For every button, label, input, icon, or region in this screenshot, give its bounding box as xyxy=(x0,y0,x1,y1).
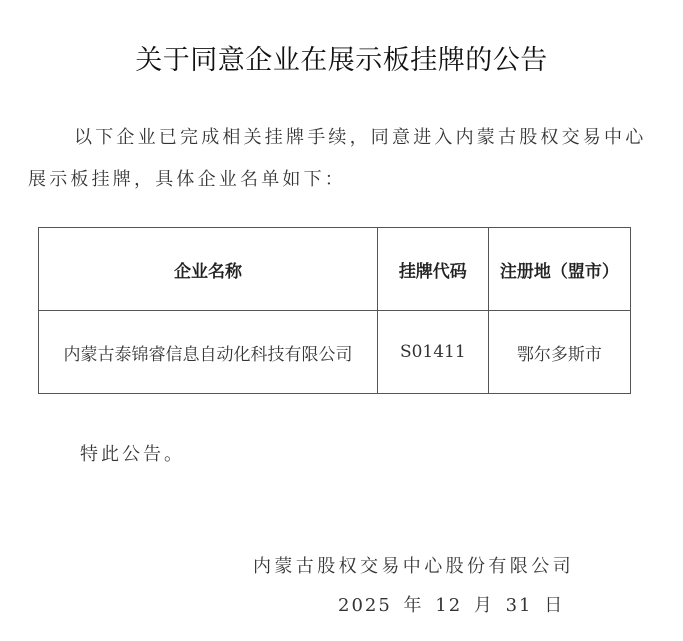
intro-paragraph: 以下企业已完成相关挂牌手续，同意进入内蒙古股权交易中心展示板挂牌，具体企业名单如… xyxy=(28,117,648,201)
cell-listing-code: S01411 xyxy=(377,311,488,394)
cell-company-name: 内蒙古泰锦睿信息自动化科技有限公司 xyxy=(39,311,378,394)
header-registration-place: 注册地（盟市） xyxy=(488,228,630,311)
header-listing-code: 挂牌代码 xyxy=(377,228,488,311)
issuer-signature: 内蒙古股权交易中心股份有限公司 xyxy=(253,552,574,578)
table-header-row: 企业名称 挂牌代码 注册地（盟市） xyxy=(39,228,631,311)
cell-registration-place: 鄂尔多斯市 xyxy=(488,311,630,394)
document-title: 关于同意企业在展示板挂牌的公告 xyxy=(0,38,683,77)
closing-statement: 特此公告。 xyxy=(80,440,185,466)
table-row: 内蒙古泰锦睿信息自动化科技有限公司 S01411 鄂尔多斯市 xyxy=(39,311,631,394)
company-table: 企业名称 挂牌代码 注册地（盟市） 内蒙古泰锦睿信息自动化科技有限公司 S014… xyxy=(38,227,631,394)
issue-date: 2025 年 12 月 31 日 xyxy=(338,591,564,617)
header-company-name: 企业名称 xyxy=(39,228,378,311)
